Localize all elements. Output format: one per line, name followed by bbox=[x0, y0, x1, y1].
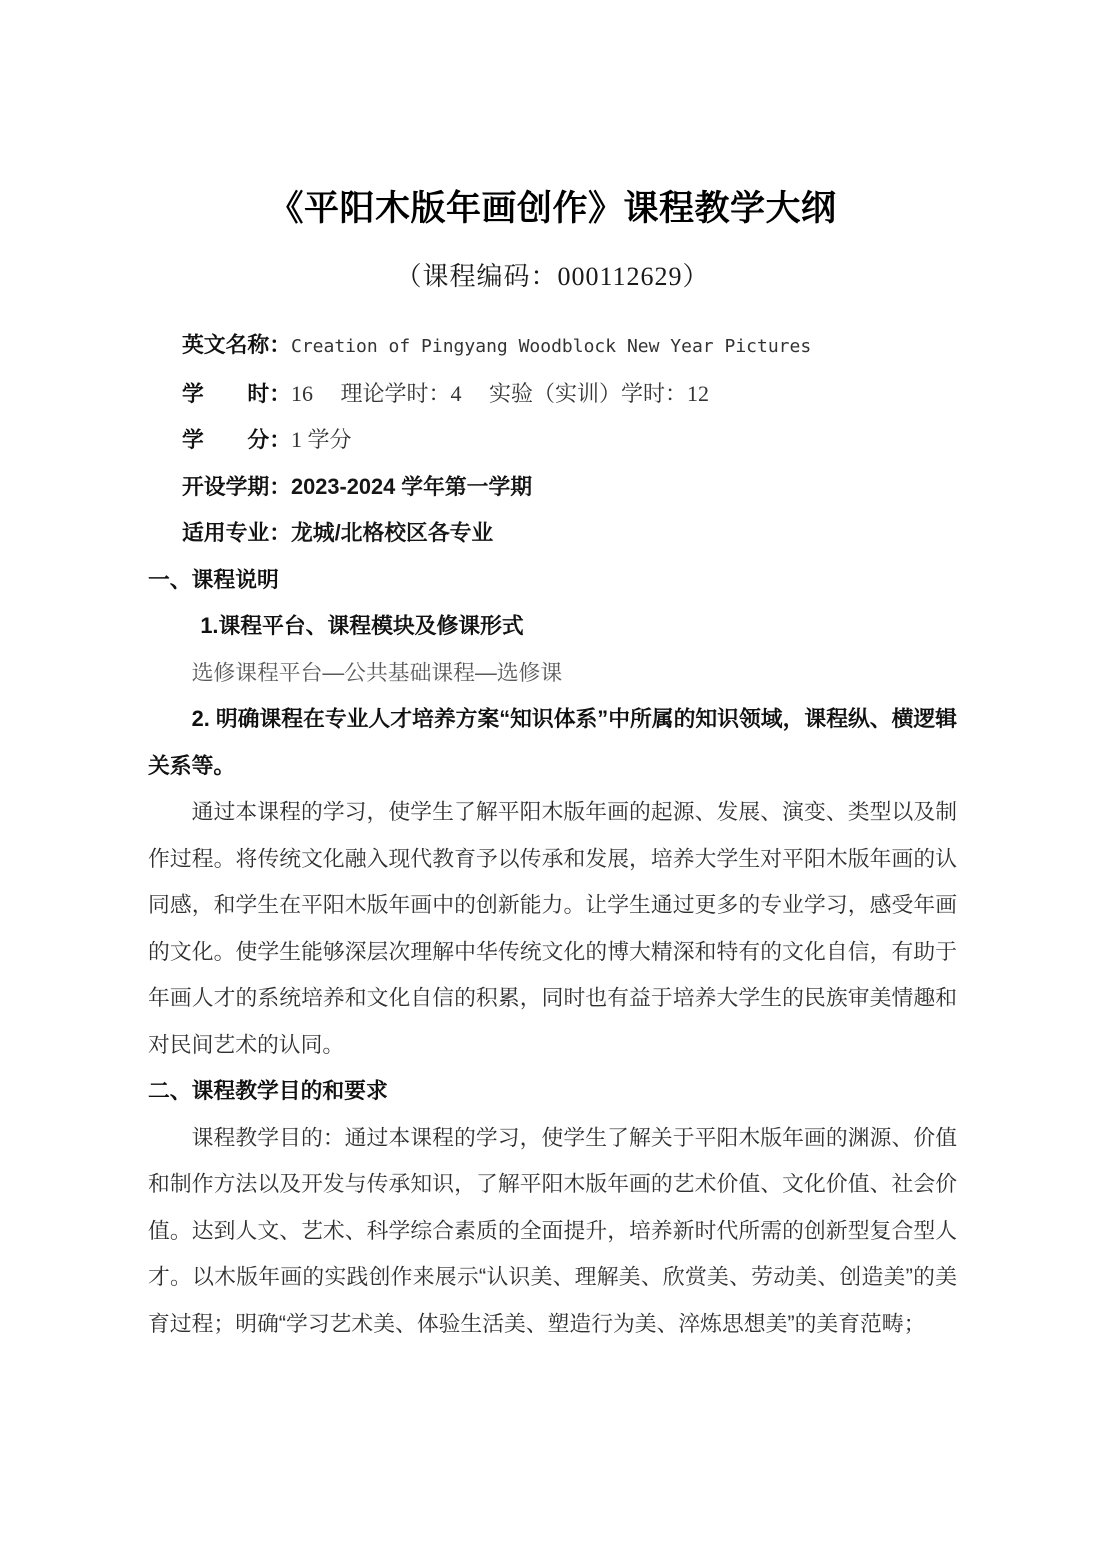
info-value-semester: 2023-2024 学年第一学期 bbox=[291, 474, 532, 499]
info-label-semester: 开设学期： bbox=[182, 474, 291, 499]
info-row-english-name: 英文名称：Creation of Pingyang Woodblock New … bbox=[182, 322, 957, 371]
info-row-credits: 学 分：1 学分 bbox=[182, 417, 957, 464]
course-info-block: 英文名称：Creation of Pingyang Woodblock New … bbox=[148, 322, 957, 557]
info-label-english-name: 英文名称： bbox=[182, 332, 291, 357]
page-title: 《平阳木版年画创作》课程教学大纲 bbox=[148, 186, 957, 232]
section1-platform-line: 选修课程平台—公共基础课程—选修课 bbox=[148, 650, 957, 697]
section1-subheading-1: 1.课程平台、课程模块及修课形式 bbox=[148, 603, 957, 650]
section1-paragraph: 通过本课程的学习，使学生了解平阳木版年画的起源、发展、演变、类型以及制作过程。将… bbox=[148, 789, 957, 1068]
section1-heading: 一、课程说明 bbox=[148, 557, 957, 604]
course-code-line: （课程编码：000112629） bbox=[148, 258, 957, 296]
info-label-class-hours: 学 时： bbox=[182, 381, 291, 406]
info-row-class-hours: 学 时：16 理论学时：4 实验（实训）学时：12 bbox=[182, 371, 957, 418]
info-row-semester: 开设学期：2023-2024 学年第一学期 bbox=[182, 464, 957, 511]
info-value-applicable-majors: 龙城/北格校区各专业 bbox=[291, 520, 493, 545]
syllabus-page: 《平阳木版年画创作》课程教学大纲 （课程编码：000112629） 英文名称：C… bbox=[0, 0, 1102, 1559]
section1-subheading-2: 2. 明确课程在专业人才培养方案“知识体系”中所属的知识领域，课程纵、横逻辑关系… bbox=[148, 696, 957, 789]
info-value-english-name: Creation of Pingyang Woodblock New Year … bbox=[291, 336, 811, 357]
info-row-applicable-majors: 适用专业：龙城/北格校区各专业 bbox=[182, 510, 957, 557]
info-label-credits: 学 分： bbox=[182, 427, 291, 452]
info-label-applicable-majors: 适用专业： bbox=[182, 520, 291, 545]
info-value-class-hours: 16 理论学时：4 实验（实训）学时：12 bbox=[291, 381, 709, 406]
section2-paragraph: 课程教学目的：通过本课程的学习，使学生了解关于平阳木版年画的渊源、价值和制作方法… bbox=[148, 1115, 957, 1348]
info-value-credits: 1 学分 bbox=[291, 427, 352, 452]
section2-heading: 二、课程教学目的和要求 bbox=[148, 1068, 957, 1115]
